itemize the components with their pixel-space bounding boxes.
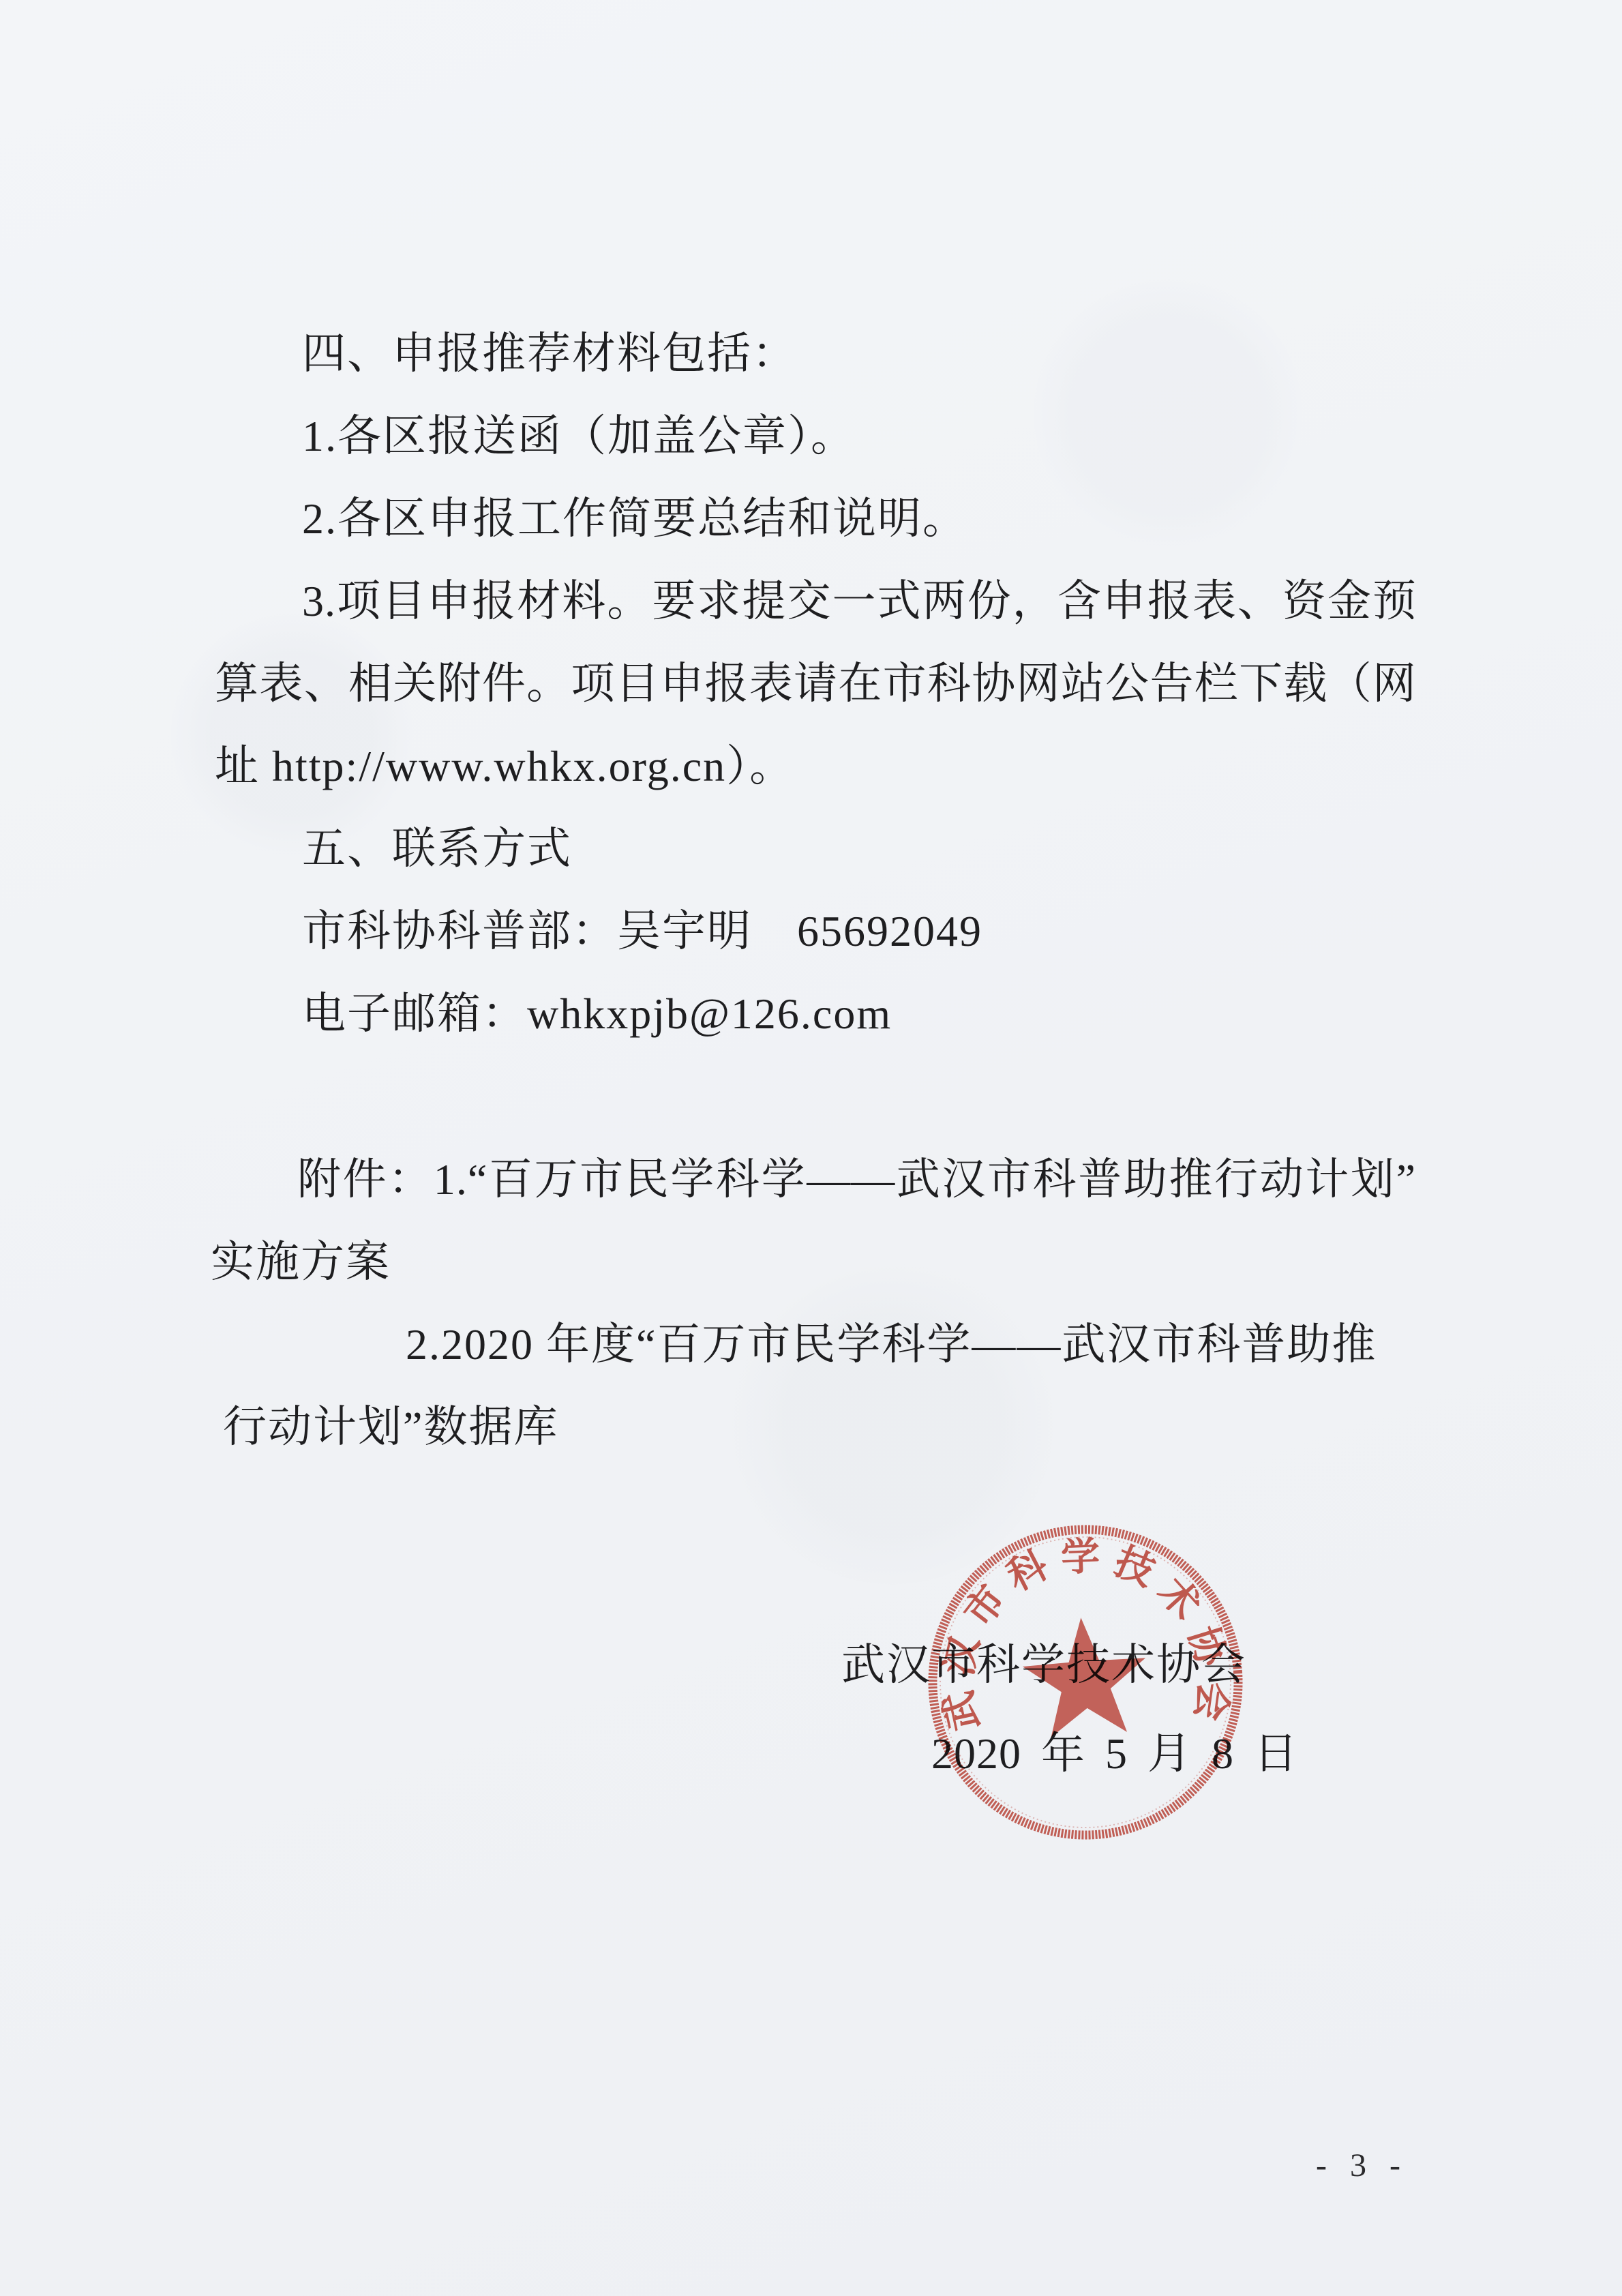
- page-number: - 3 -: [1316, 2149, 1403, 2182]
- official-seal: 武汉市科学技术协会: [925, 1522, 1246, 1844]
- attachment-1-line-1: 附件：1.“百万市民学科学——武汉市科普助推行动计划”: [297, 1158, 1416, 1202]
- contact-phone-line: 市科协科普部：吴宇明 65692049: [302, 910, 982, 953]
- list-item-3-line-3-url: 址 http://www.whkx.org.cn）。: [215, 745, 794, 788]
- attachment-1-line-2: 实施方案: [211, 1240, 391, 1284]
- document-page: 四、申报推荐材料包括： 1.各区报送函（加盖公章）。 2.各区申报工作简要总结和…: [0, 0, 1622, 2296]
- list-item-1: 1.各区报送函（加盖公章）。: [302, 415, 856, 458]
- list-item-3-line-1: 3.项目申报材料。要求提交一式两份，含申报表、资金预: [302, 580, 1417, 623]
- list-item-2: 2.各区申报工作简要总结和说明。: [302, 497, 967, 541]
- contact-email-line: 电子邮箱：whkxpjb@126.com: [302, 992, 892, 1036]
- section-heading-5: 五、联系方式: [302, 827, 572, 871]
- seal-star-icon: [1019, 1613, 1150, 1739]
- section-heading-4: 四、申报推荐材料包括：: [302, 332, 797, 376]
- list-item-3-line-2: 算表、相关附件。项目申报表请在市科协网站公告栏下载（网: [215, 662, 1417, 706]
- attachment-2-line-2: 行动计划”数据库: [223, 1405, 558, 1449]
- attachment-2-line-1: 2.2020 年度“百万市民学科学——武汉市科普助推: [406, 1323, 1377, 1367]
